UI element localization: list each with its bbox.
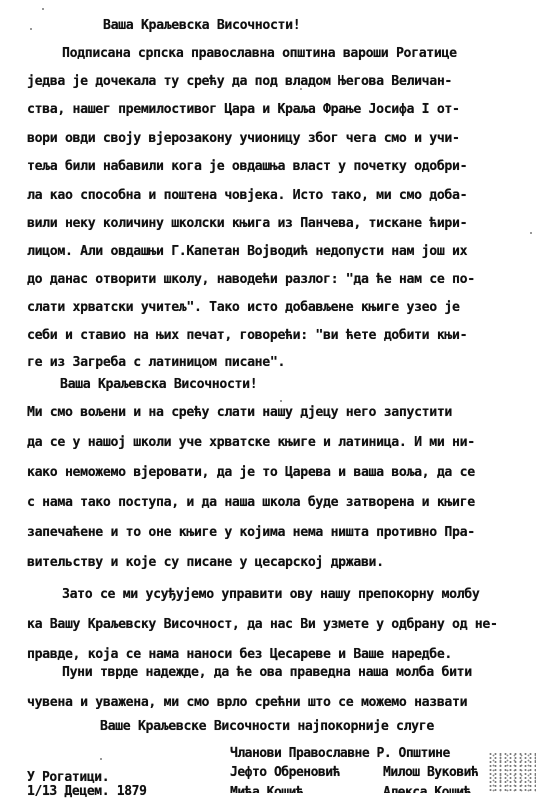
scan-speck bbox=[280, 400, 282, 402]
date-line: 1/13 Децем. 1879 bbox=[27, 783, 527, 801]
closing-line: Ваше Краљевске Височности најпокорније с… bbox=[100, 718, 550, 736]
scan-speck bbox=[100, 758, 102, 760]
paragraph-line: ла као способна и поштена човјека. Исто … bbox=[27, 187, 527, 205]
paragraph-line: до данас отворити школу, наводећи разлог… bbox=[27, 271, 527, 289]
paragraph-line: ка Вашу Краљевску Височност, да нас Ви у… bbox=[27, 616, 527, 634]
paragraph-line: вили неку количину школски књига из Панч… bbox=[27, 215, 527, 233]
paragraph-line: вительству и које су писане у цесарској … bbox=[27, 554, 527, 572]
paragraph-line: себи и ставио на њих печат, говорећи: "в… bbox=[27, 327, 527, 345]
paragraph-line: чувена и уважена, ми смо врло срећни што… bbox=[27, 694, 527, 712]
paragraph-line: слати хрватски учитељ". Тако исто добављ… bbox=[27, 299, 527, 317]
scan-speck bbox=[30, 28, 32, 30]
paragraph-line: теља били набавили кога је овдашња власт… bbox=[27, 158, 527, 176]
paragraph-line: лицом. Али овдашњи Г.Капетан Војводић не… bbox=[27, 243, 527, 261]
paragraph-line: да се у нашој школи уче хрватске књиге и… bbox=[27, 434, 527, 452]
paragraph-line: Подписана српска православна општина вар… bbox=[62, 45, 550, 63]
scan-speck bbox=[530, 232, 532, 234]
paragraph-line: ства, нашег премилостивог Цара и Краља Ф… bbox=[27, 101, 527, 119]
paragraph-line: Пуни тврде надежде, да ће ова праведна н… bbox=[62, 664, 550, 682]
document-page: Ваша Краљевска Височности! Подписана срп… bbox=[0, 0, 550, 805]
paragraph-line: како неможемо вјеровати, да је то Царева… bbox=[27, 464, 527, 482]
scan-noise bbox=[488, 752, 536, 792]
scan-speck bbox=[42, 8, 44, 10]
paragraph-line: Зато се ми усуђујемо управити ову нашу п… bbox=[62, 586, 550, 604]
paragraph-line: једва је дочекала ту срећу да под владом… bbox=[27, 73, 527, 91]
paragraph-line: с нама тако поступа, и да наша школа буд… bbox=[27, 494, 527, 512]
paragraph-line: вори овди своју вјерозакону учионицу збо… bbox=[27, 130, 527, 148]
paragraph-line: запечаћене и то оне књиге у којима нема … bbox=[27, 524, 527, 542]
salutation-mid: Ваша Краљевска Височности! bbox=[60, 376, 550, 394]
scan-speck bbox=[300, 88, 302, 90]
paragraph-line: правде, која се нама наноси без Цесареве… bbox=[27, 646, 527, 664]
paragraph-line: ге из Загреба с латиницом писане". bbox=[27, 354, 527, 372]
paragraph-line: Ми смо вољени и на срећу слати нашу дјец… bbox=[27, 404, 527, 422]
salutation-top: Ваша Краљевска Височности! bbox=[103, 17, 550, 35]
